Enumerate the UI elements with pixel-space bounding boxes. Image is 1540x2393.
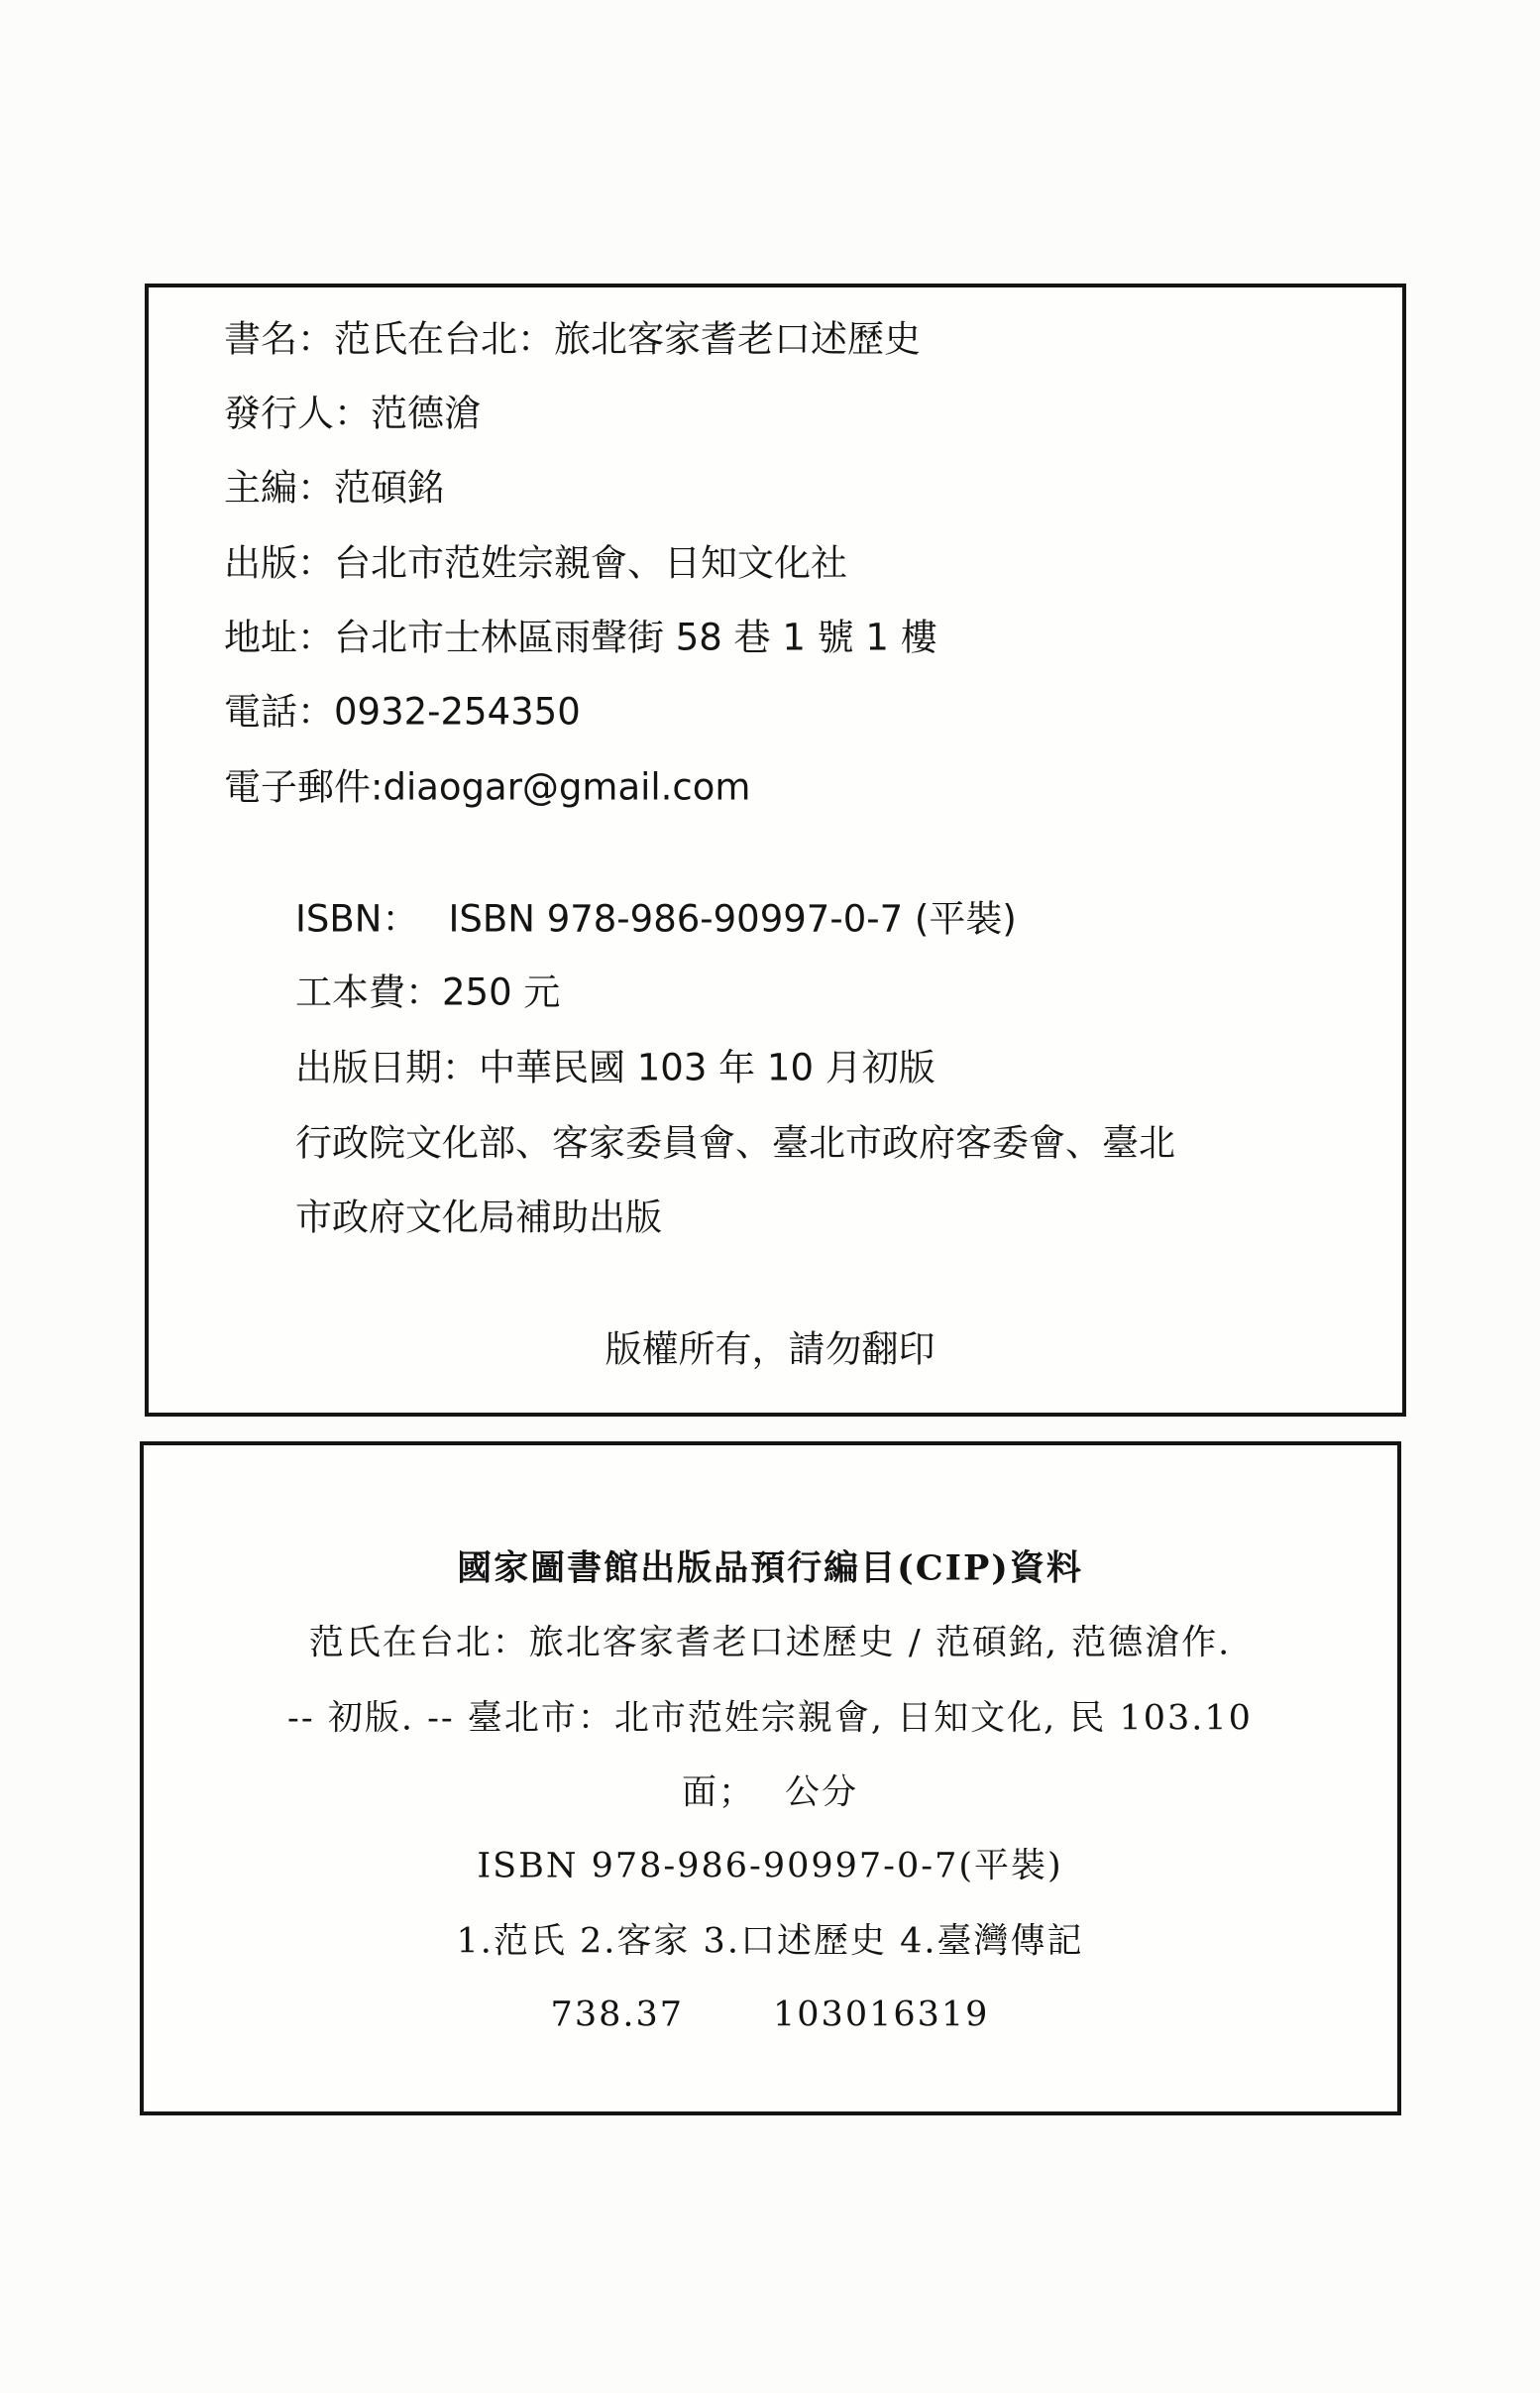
address-line: 地址：台北市士林區雨聲街 58 巷 1 號 1 樓: [224, 620, 937, 656]
cip-physical-description: 面；公分: [0, 1776, 1540, 1811]
cip-isbn: ISBN 978-986-90997-0-7(平裝): [0, 1850, 1540, 1884]
sponsors-line-1: 行政院文化部、客家委員會、臺北市政府客委會、臺北: [295, 1125, 1175, 1162]
cip-size-label: 公分: [785, 1773, 858, 1813]
cip-title: 國家圖書館出版品預行編目(CIP)資料: [0, 1551, 1540, 1586]
publication-info-box: [145, 284, 1406, 1417]
copyright-notice: 版權所有，請勿翻印: [0, 1331, 1540, 1368]
isbn-label: ISBN：: [295, 898, 418, 941]
sponsors-line-2: 市政府文化局補助出版: [295, 1199, 662, 1236]
cip-classification-line: 738.37103016319: [0, 1998, 1540, 2033]
cip-record-line-2: -- 初版. -- 臺北市：北市范姓宗親會, 日知文化, 民 103.10: [0, 1702, 1540, 1737]
cip-classification: 738.37: [551, 1995, 684, 2035]
isbn-value: ISBN 978-986-90997-0-7 (平裝): [448, 898, 1016, 941]
cost-line: 工本費：250 元: [295, 974, 560, 1011]
cip-record-number: 103016319: [773, 1995, 989, 2035]
isbn-line: ISBN：ISBN 978-986-90997-0-7 (平裝): [295, 901, 1017, 938]
publisher-line: 出版：台北市范姓宗親會、日知文化社: [224, 545, 847, 582]
cip-pages-label: 面；: [682, 1773, 755, 1813]
cip-record-line-1: 范氏在台北：旅北客家耆老口述歷史 / 范碩銘, 范德滄作.: [0, 1627, 1540, 1661]
book-title-line: 書名：范氏在台北：旅北客家耆老口述歷史: [224, 321, 921, 358]
publisher-person-line: 發行人：范德滄: [224, 396, 481, 432]
phone-line: 電話：0932-254350: [224, 694, 581, 731]
email-line: 電子郵件:diaogar@gmail.com: [224, 769, 750, 806]
editor-line: 主編：范碩銘: [224, 470, 444, 507]
publish-date-line: 出版日期：中華民國 103 年 10 月初版: [295, 1050, 935, 1086]
cip-subjects: 1.范氏 2.客家 3.口述歷史 4.臺灣傳記: [0, 1925, 1540, 1960]
